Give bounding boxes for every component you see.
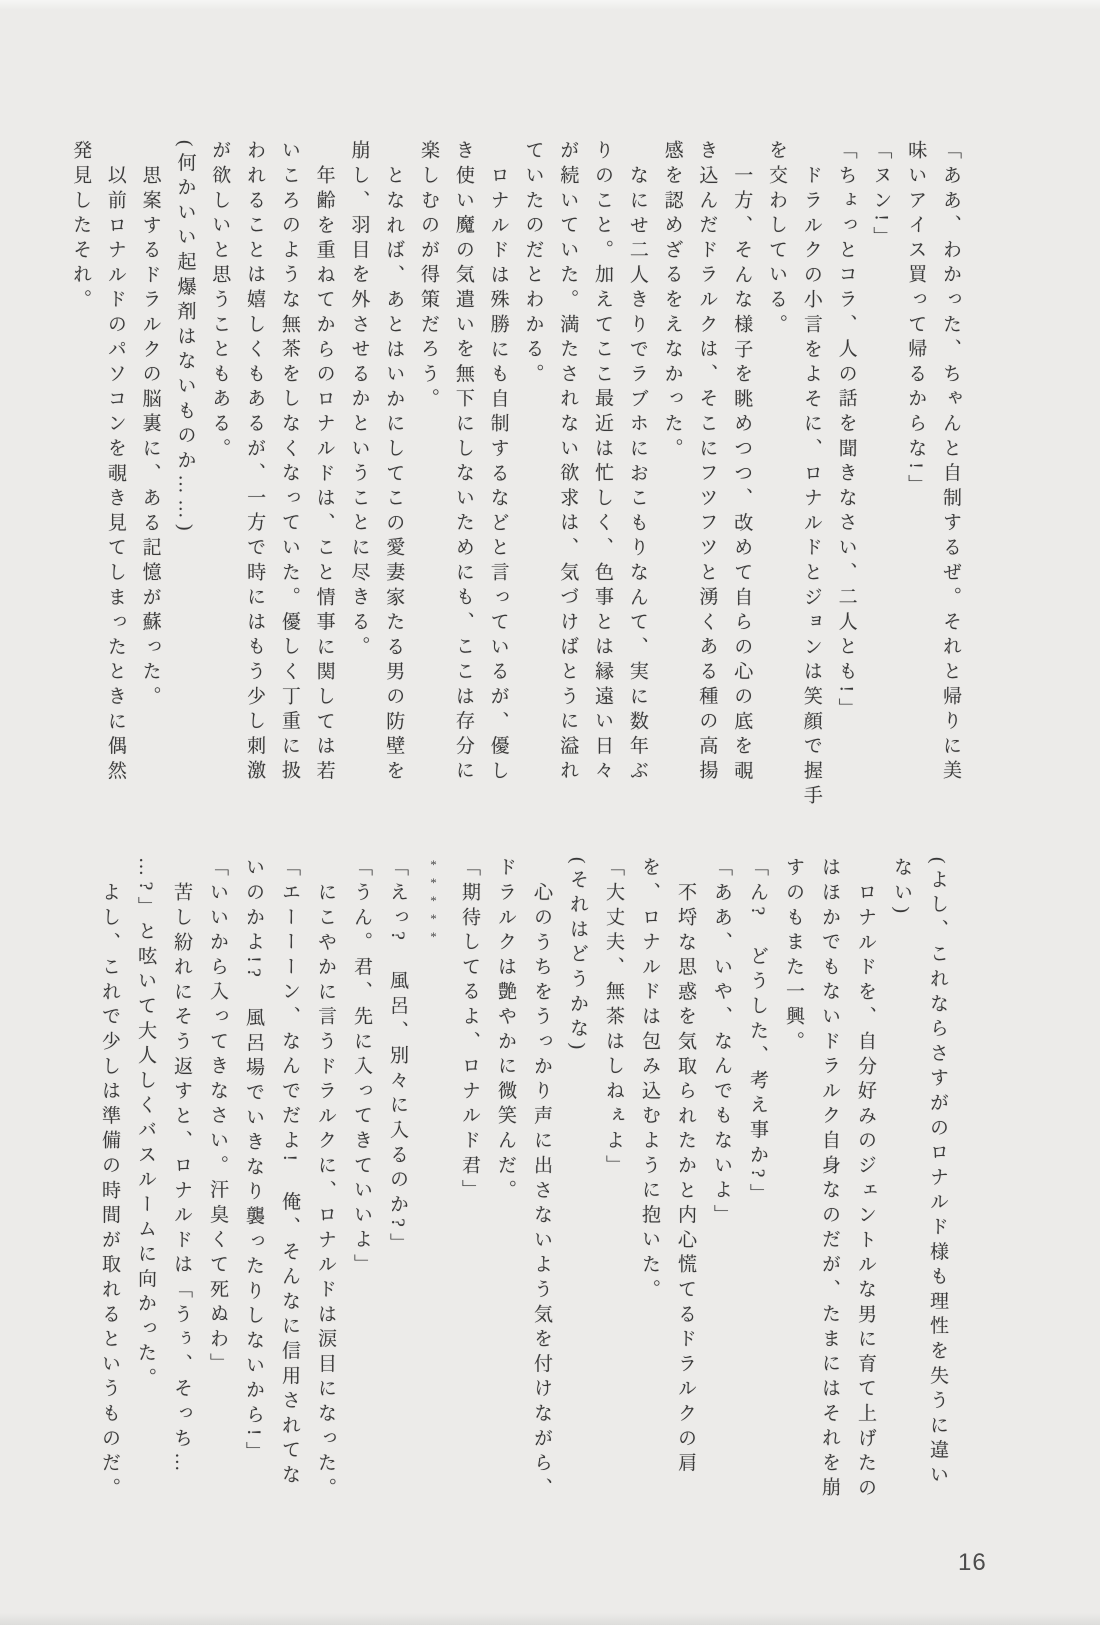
text-column: が続いていた。満たされない欲求は、気づけばとうに溢れ [549, 140, 584, 812]
text-column: 味いアイス買って帰るからな!」 [897, 140, 932, 812]
text-column: 発見したそれ。 [62, 140, 97, 812]
text-column: 「ああ、いや、なんでもないよ」 [703, 857, 739, 1529]
text-column: を交わしている。 [758, 140, 793, 812]
text-column: ロナルドは殊勝にも自制するなどと言っているが、優し [480, 140, 515, 812]
text-column: にこやかに言うドラルクに、ロナルドは涙目になった。 [307, 857, 343, 1529]
text-column: ロナルドを、自分好みのジェントルな男に育て上げたの [847, 857, 883, 1529]
text-column: ドラルクは艶やかに微笑んだ。 [487, 857, 523, 1529]
text-column: 一方、そんな様子を眺めつつ、改めて自らの心の底を覗 [723, 140, 758, 812]
text-column: なにせ二人きりでラブホにおこもりなんて、実に数年ぶ [619, 140, 654, 812]
text-column: すのもまた一興。 [775, 857, 811, 1529]
text-column: (それはどうかな) [559, 857, 595, 1529]
text-column: 「ちょっとコラ、人の話を聞きなさい、二人とも!」 [828, 140, 863, 812]
text-column: き込んだドラルクは、そこにフツフツと湧くある種の高揚 [689, 140, 724, 812]
text-column: (何かいい起爆剤はないものか……) [167, 140, 202, 812]
text-column: 不埒な思惑を気取られたかと内心慌てるドラルクの肩 [667, 857, 703, 1529]
text-column: はほかでもないドラルク自身なのだが、たまにはそれを崩 [811, 857, 847, 1529]
text-column: 「うん。君、先に入ってきていいよ」 [343, 857, 379, 1529]
text-column: …?」と呟いて大人しくバスルームに向かった。 [127, 857, 163, 1529]
section-divider: ***** [415, 857, 451, 1529]
text-column: ない) [883, 857, 919, 1529]
text-column: 「エーーーン、なんでだよ! 俺、そんなに信用されてな [271, 857, 307, 1529]
text-column: を、ロナルドは包み込むように抱いた。 [631, 857, 667, 1529]
text-column: いのかよ!? 風呂場でいきなり襲ったりしないから!」 [235, 857, 271, 1529]
text-column: 思案するドラルクの脳裏に、ある記憶が蘇った。 [132, 140, 167, 812]
text-column: 「いいから入ってきなさい。汗臭くて死ぬわ」 [199, 857, 235, 1529]
top-text-block: 「ああ、わかった、ちゃんと自制するぜ。それと帰りに美味いアイス買って帰るからな!… [62, 140, 967, 812]
text-column: 以前ロナルドのパソコンを覗き見てしまったときに偶然 [97, 140, 132, 812]
text-column: 心のうちをうっかり声に出さないよう気を付けながら、 [523, 857, 559, 1529]
text-column: われることは嬉しくもあるが、一方で時にはもう少し刺激 [236, 140, 271, 812]
text-column: 感を認めざるをえなかった。 [654, 140, 689, 812]
text-column: 「えっ? 風呂、別々に入るのか?」 [379, 857, 415, 1529]
text-column: 楽しむのが得策だろう。 [410, 140, 445, 812]
text-column: となれば、あとはいかにしてこの愛妻家たる男の防壁を [375, 140, 410, 812]
page: 「ああ、わかった、ちゃんと自制するぜ。それと帰りに美味いアイス買って帰るからな!… [0, 0, 1100, 1625]
text-column: ドラルクの小言をよそに、ロナルドとジョンは笑顔で握手 [793, 140, 828, 812]
text-column: よし、これで少しは準備の時間が取れるというものだ。 [91, 857, 127, 1529]
page-number: 16 [958, 1549, 987, 1577]
text-column: ていたのだとわかる。 [515, 140, 550, 812]
text-column: 「ああ、わかった、ちゃんと自制するぜ。それと帰りに美 [932, 140, 967, 812]
text-column: 「大丈夫、無茶はしねぇよ」 [595, 857, 631, 1529]
text-column: 苦し紛れにそう返すと、ロナルドは「うぅ、そっち… [163, 857, 199, 1529]
text-column: き使い魔の気遣いを無下にしないためにも、ここは存分に [445, 140, 480, 812]
scan-edge-top [0, 0, 1100, 10]
bottom-text-block: (よし、これならさすがのロナルド様も理性を失うに違いない)ロナルドを、自分好みの… [91, 857, 955, 1529]
text-column: (よし、これならさすがのロナルド様も理性を失うに違い [919, 857, 955, 1529]
text-column: 崩し、羽目を外させるかということに尽きる。 [341, 140, 376, 812]
text-column: 「ヌン!」 [863, 140, 898, 812]
text-column: いころのような無茶をしなくなっていた。優しく丁重に扱 [271, 140, 306, 812]
scan-edge-bottom [0, 1613, 1100, 1625]
text-column: りのこと。加えてここ最近は忙しく、色事とは縁遠い日々 [584, 140, 619, 812]
text-column: 「ん? どうした、考え事か?」 [739, 857, 775, 1529]
text-column: 「期待してるよ、ロナルド君」 [451, 857, 487, 1529]
text-column: 年齢を重ねてからのロナルドは、こと情事に関しては若 [306, 140, 341, 812]
text-column: が欲しいと思うこともある。 [201, 140, 236, 812]
